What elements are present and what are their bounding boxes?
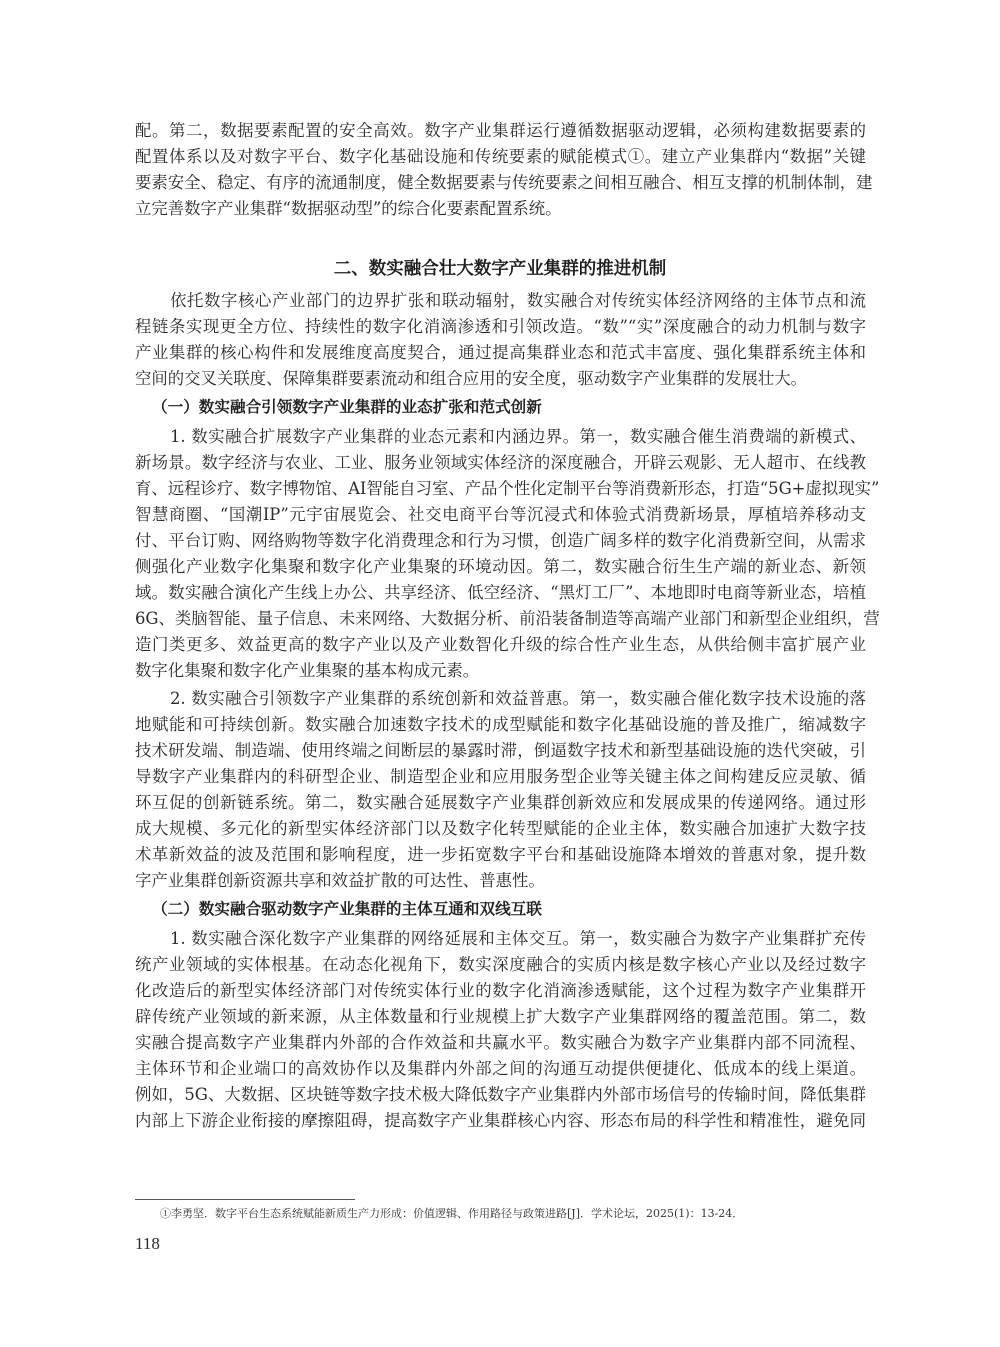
section-heading: 二、数实融合壮大数字产业集群的推进机制	[0, 256, 1000, 282]
text-line: 字产业集群创新资源共享和效益扩散的可达性、普惠性。	[135, 869, 866, 893]
text-line: 主体环节和企业端口的高效协作以及集群内外部之间的沟通互动提供便捷化、低成本的线上…	[135, 1057, 866, 1081]
text-line: 环互促的创新链系统。第二，数实融合延展数字产业集群创新效应和发展成果的传递网络。…	[135, 791, 866, 815]
footnote: ①李勇坚．数字平台生态系统赋能新质生产力形成：价值逻辑、作用路径与政策进路[J]…	[160, 1205, 743, 1223]
text-line: 新场景。数字经济与农业、工业、服务业领域实体经济的深度融合，开辟云观影、无人超市…	[135, 451, 866, 475]
text-line: 成大规模、多元化的新型实体经济部门以及数字化转型赋能的企业主体，数实融合加速扩大…	[135, 817, 866, 841]
text-line: 造门类更多、效益更高的数字产业以及产业数智化升级的综合性产业生态，从供给侧丰富扩…	[135, 633, 866, 657]
text-line: 配置体系以及对数字平台、数字化基础设施和传统要素的赋能模式①。建立产业集群内“数…	[135, 145, 866, 169]
text-line: 1. 数实融合深化数字产业集群的网络延展和主体交互。第一，数实融合为数字产业集群…	[170, 927, 866, 951]
text-line: 空间的交叉关联度、保障集群要素流动和组合应用的安全度，驱动数字产业集群的发展壮大…	[135, 367, 866, 391]
text-line: 例如，5G、大数据、区块链等数字技术极大降低数字产业集群内外部市场信号的传输时间…	[135, 1083, 866, 1107]
text-line: 育、远程诊疗、数字博物馆、AI智能自习室、产品个性化定制平台等消费新形态，打造“…	[135, 477, 866, 501]
text-line: 产业集群的核心构件和发展维度高度契合，通过提高集群业态和范式丰富度、强化集群系统…	[135, 341, 866, 365]
footnote-divider	[135, 1199, 355, 1200]
text-line: 辟传统产业领域的新来源，从主体数量和行业规模上扩大数字产业集群网络的覆盖范围。第…	[135, 1005, 866, 1029]
text-line: 依托数字核心产业部门的边界扩张和联动辐射，数实融合对传统实体经济网络的主体节点和…	[170, 289, 866, 313]
text-line: 6G、类脑智能、量子信息、未来网络、大数据分析、前沿装备制造等高端产业部门和新型…	[135, 607, 866, 631]
text-line: 付、平台订购、网络购物等数字化消费理念和行为习惯，创造广阔多样的数字化消费新空间…	[135, 529, 866, 553]
text-line: 实融合提高数字产业集群内外部的合作效益和共赢水平。数实融合为数字产业集群内部不同…	[135, 1031, 866, 1055]
text-line: 内部上下游企业衔接的摩擦阻碍，提高数字产业集群核心内容、形态布局的科学性和精准性…	[135, 1109, 866, 1133]
text-line: 配。第二，数据要素配置的安全高效。数字产业集群运行遵循数据驱动逻辑，必须构建数据…	[135, 119, 866, 143]
text-line: 化改造后的新型实体经济部门对传统实体行业的数字化消滴渗透赋能，这个过程为数字产业…	[135, 979, 866, 1003]
subsection-heading: （二）数实融合驱动数字产业集群的主体互通和双线互联	[152, 897, 542, 921]
text-line: 统产业领域的实体根基。在动态化视角下，数实深度融合的实质内核是数字核心产业以及经…	[135, 953, 866, 977]
subsection-heading: （一）数实融合引领数字产业集群的业态扩张和范式创新	[152, 395, 542, 419]
text-line: 侧强化产业数字化集聚和数字化产业集聚的环境动因。第二，数实融合衍生生产端的新业态…	[135, 555, 866, 579]
page-number: 118	[135, 1233, 160, 1255]
text-line: 域。数实融合演化产生线上办公、共享经济、低空经济、“黑灯工厂”、本地即时电商等新…	[135, 581, 866, 605]
text-line: 立完善数字产业集群“数据驱动型”的综合化要素配置系统。	[135, 197, 866, 221]
text-line: 数字化集聚和数字化产业集聚的基本构成元素。	[135, 659, 866, 683]
text-line: 技术研发端、制造端、使用终端之间断层的暴露时滞，倒逼数字技术和新型基础设施的迭代…	[135, 739, 866, 763]
text-line: 程链条实现更全方位、持续性的数字化消滴渗透和引领改造。“数”“实”深度融合的动力…	[135, 315, 866, 339]
text-line: 1. 数实融合扩展数字产业集群的业态元素和内涵边界。第一，数实融合催生消费端的新…	[170, 425, 866, 449]
text-line: 2. 数实融合引领数字产业集群的系统创新和效益普惠。第一，数实融合催化数字技术设…	[170, 687, 866, 711]
paper-page: 配。第二，数据要素配置的安全高效。数字产业集群运行遵循数据驱动逻辑，必须构建数据…	[0, 0, 1000, 1347]
text-line: 智慧商圈、“国潮IP”元宇宙展览会、社交电商平台等沉浸式和体验式消费新场景，厚植…	[135, 503, 866, 527]
text-line: 要素安全、稳定、有序的流通制度，健全数据要素与传统要素之间相互融合、相互支撑的机…	[135, 171, 866, 195]
text-line: 术革新效益的波及范围和影响程度，进一步拓宽数字平台和基础设施降本增效的普惠对象，…	[135, 843, 866, 867]
text-line: 导数字产业集群内的科研型企业、制造型企业和应用服务型企业等关键主体之间构建反应灵…	[135, 765, 866, 789]
text-line: 地赋能和可持续创新。数实融合加速数字技术的成型赋能和数字化基础设施的普及推广，缩…	[135, 713, 866, 737]
